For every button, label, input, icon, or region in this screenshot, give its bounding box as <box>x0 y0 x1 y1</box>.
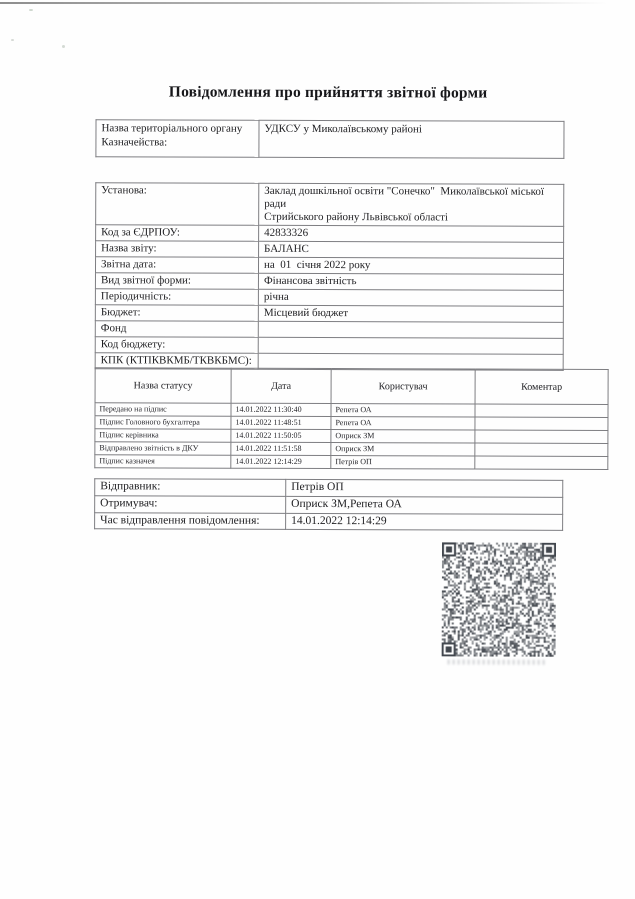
table-row: Періодичність: річна <box>95 289 563 307</box>
table-header-row: Назва статусу Дата Користувач Коментар <box>95 368 608 405</box>
label-cell: Фонд <box>95 321 258 338</box>
table-row: Код за ЄДРПОУ: 42833326 <box>96 225 564 243</box>
column-header: Користувач <box>331 369 475 405</box>
date-cell: 14.01.2022 12:14:29 <box>231 455 331 468</box>
value-cell: 14.01.2022 12:14:29 <box>286 513 563 531</box>
column-header: Назва статусу <box>95 368 231 403</box>
value-cell: БАЛАНС <box>259 241 564 258</box>
table-row: Відправник: Петрів ОП <box>95 479 563 497</box>
comment-cell <box>475 430 608 443</box>
value-cell: 42833326 <box>259 225 564 242</box>
scan-smudge <box>448 659 548 664</box>
label-cell: Назва звіту: <box>96 241 259 258</box>
column-header: Дата <box>231 368 331 403</box>
value-cell: Оприск ЗМ,Репета ОА <box>286 496 563 514</box>
value-cell <box>258 337 563 354</box>
label-cell: Вид звітної форми: <box>95 273 258 290</box>
table-row: Час відправлення повідомлення: 14.01.202… <box>95 512 563 530</box>
table-row: Фонд <box>95 321 563 339</box>
label-cell: Установа: <box>96 183 259 225</box>
table-row: Назва звіту: БАЛАНС <box>96 241 564 259</box>
table-row: Установа: Заклад дошкільної освіти "Соне… <box>96 183 564 227</box>
label-cell: Бюджет: <box>95 305 258 322</box>
comment-cell <box>475 417 608 430</box>
comment-cell <box>475 404 608 417</box>
delivery-info-table: Відправник: Петрів ОП Отримувач: Оприск … <box>94 478 563 531</box>
status-cell: Передано на підпис <box>95 403 231 416</box>
value-cell: Фінансова звітність <box>258 273 563 290</box>
column-header: Коментар <box>475 369 608 404</box>
treasury-org-table: Назва територіального органу Казначейств… <box>95 119 564 159</box>
date-cell: 14.01.2022 11:51:58 <box>231 442 331 455</box>
label-cell: Отримувач: <box>95 496 286 513</box>
table-row: Назва територіального органу Казначейств… <box>96 120 564 159</box>
comment-cell <box>475 443 608 456</box>
comment-cell <box>475 456 608 469</box>
qr-code-icon <box>442 542 556 656</box>
label-cell: Періодичність: <box>95 289 258 306</box>
table-row: Отримувач: Оприск ЗМ,Репета ОА <box>95 496 563 514</box>
status-history-table: Назва статусу Дата Користувач Коментар П… <box>94 367 608 470</box>
status-cell: Підпис керівника <box>95 429 231 442</box>
table-row: Бюджет: Місцевий бюджет <box>95 305 563 323</box>
table-row: Код бюджету: <box>95 337 563 355</box>
date-cell: 14.01.2022 11:30:40 <box>231 403 331 416</box>
label-cell: Код бюджету: <box>95 337 258 354</box>
user-cell: Репета ОА <box>331 404 475 418</box>
table-row: Звітна дата: на 01 січня 2022 року <box>95 257 563 275</box>
date-cell: 14.01.2022 11:48:51 <box>231 416 331 429</box>
label-cell: Відправник: <box>95 479 286 496</box>
table-row: Вид звітної форми: Фінансова звітність <box>95 273 563 291</box>
value-cell: Місцевий бюджет <box>258 305 563 322</box>
report-info-table: Установа: Заклад дошкільної освіти "Соне… <box>95 182 565 371</box>
value-cell: на 01 січня 2022 року <box>258 257 563 274</box>
status-cell: Підпис казначея <box>95 455 231 468</box>
table-row: Підпис казначея 14.01.2022 12:14:29 Петр… <box>95 455 608 470</box>
label-cell: Назва територіального органу Казначейств… <box>96 120 259 158</box>
document-page: Повідомлення про прийняття звітної форми… <box>0 0 635 899</box>
value-cell: річна <box>258 289 563 306</box>
value-cell: Петрів ОП <box>286 479 563 497</box>
user-cell: Оприск ЗМ <box>331 443 475 457</box>
status-cell: Підпис Головного бухгалтера <box>95 416 231 429</box>
user-cell: Оприск ЗМ <box>331 430 475 444</box>
document-content: Повідомлення про прийняття звітної форми… <box>0 0 635 899</box>
status-cell: Відправлено звітність в ДКУ <box>95 442 231 455</box>
value-cell: УДКСУ у Миколаївському районі <box>259 120 564 158</box>
date-cell: 14.01.2022 11:50:05 <box>231 429 331 442</box>
user-cell: Петрів ОП <box>331 456 475 470</box>
value-cell <box>258 321 563 338</box>
user-cell: Репета ОА <box>331 417 475 431</box>
value-cell: Заклад дошкільної освіти "Сонечко" Микол… <box>259 183 564 226</box>
label-cell: Час відправлення повідомлення: <box>95 512 286 529</box>
label-cell: Код за ЄДРПОУ: <box>96 225 259 242</box>
page-title: Повідомлення про прийняття звітної форми <box>1 83 635 103</box>
label-cell: Звітна дата: <box>95 257 258 274</box>
